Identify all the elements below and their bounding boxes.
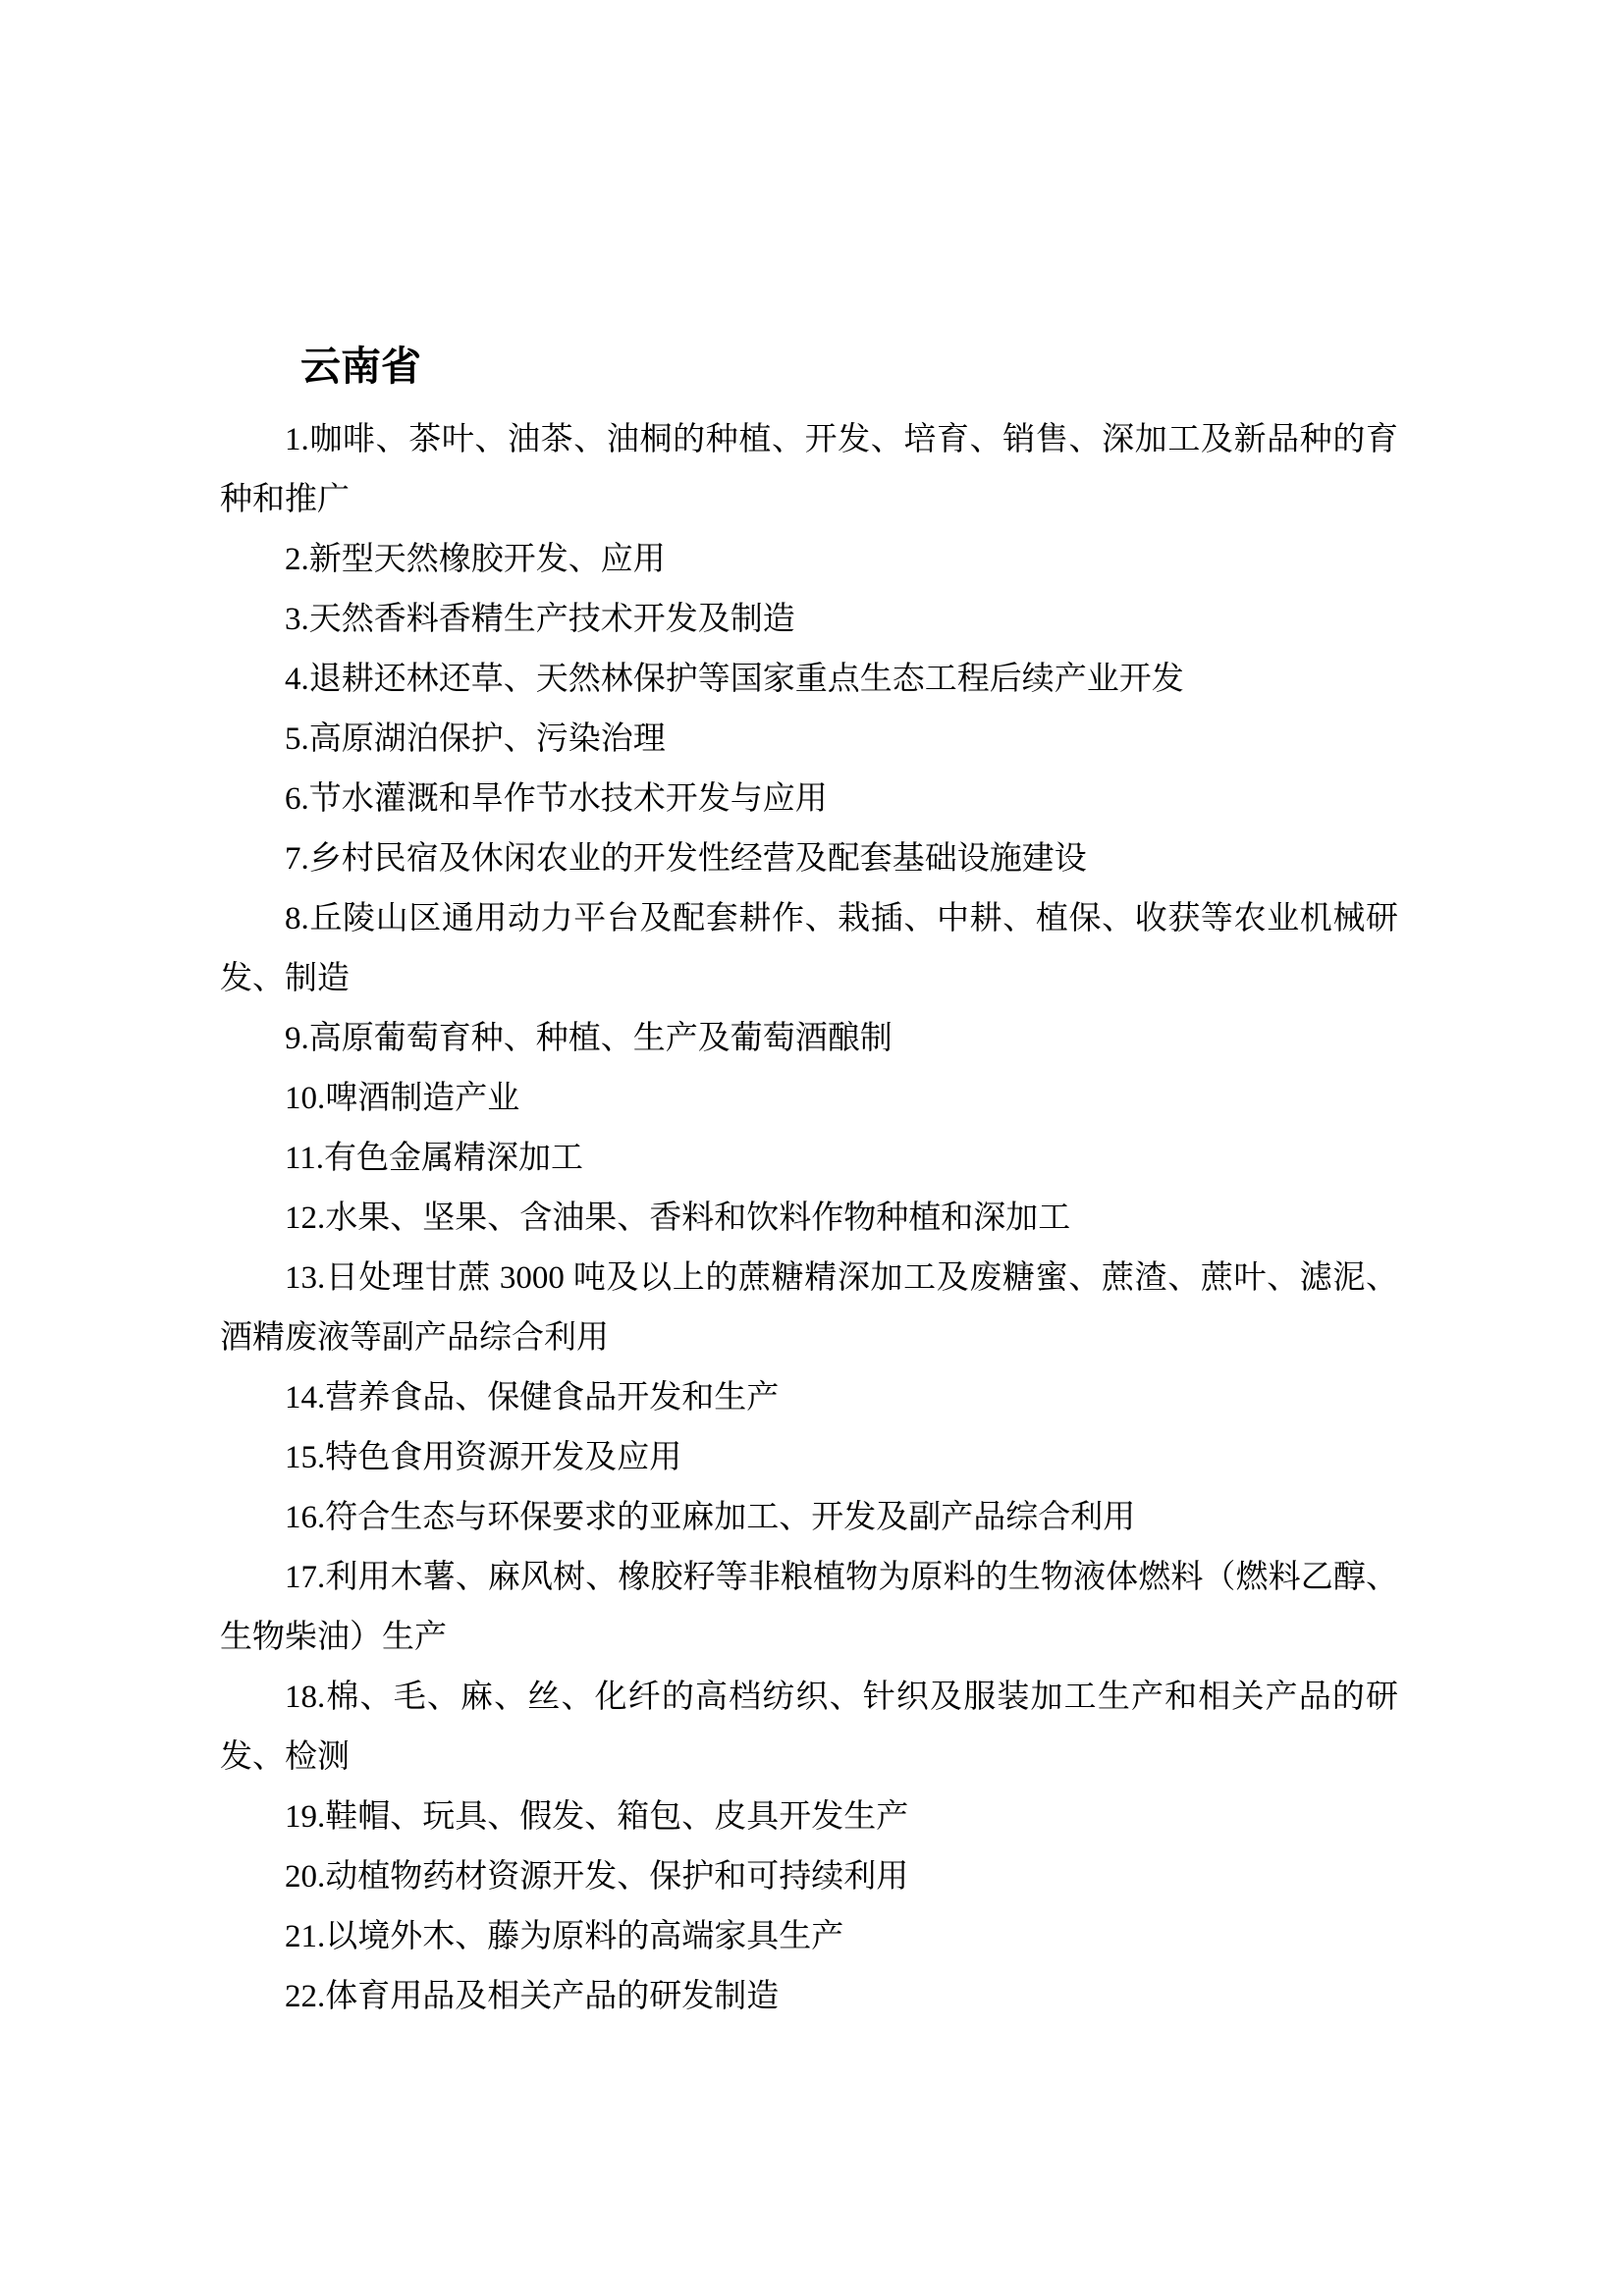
- list-item: 16.符合生态与环保要求的亚麻加工、开发及副产品综合利用: [220, 1488, 1398, 1548]
- list-item: 22.体育用品及相关产品的研发制造: [220, 1967, 1398, 2027]
- list-item: 3.天然香料香精生产技术开发及制造: [220, 590, 1398, 650]
- list-item: 20.动植物药材资源开发、保护和可持续利用: [220, 1847, 1398, 1907]
- list-item: 11.有色金属精深加工: [220, 1129, 1398, 1189]
- list-item: 19.鞋帽、玩具、假发、箱包、皮具开发生产: [220, 1788, 1398, 1847]
- list-item: 14.营养食品、保健食品开发和生产: [220, 1368, 1398, 1428]
- list-item: 21.以境外木、藤为原料的高端家具生产: [220, 1907, 1398, 1967]
- list-item: 15.特色食用资源开发及应用: [220, 1428, 1398, 1488]
- document-content: 云南省 1.咖啡、茶叶、油茶、油桐的种植、开发、培育、销售、深加工及新品种的育种…: [220, 337, 1398, 2027]
- list-item: 12.水果、坚果、含油果、香料和饮料作物种植和深加工: [220, 1189, 1398, 1249]
- section-heading: 云南省: [220, 337, 1398, 397]
- items-list: 1.咖啡、茶叶、油茶、油桐的种植、开发、培育、销售、深加工及新品种的育种和推广2…: [220, 410, 1398, 2027]
- document-page: 云南省 1.咖啡、茶叶、油茶、油桐的种植、开发、培育、销售、深加工及新品种的育种…: [0, 0, 1624, 2296]
- list-item: 4.退耕还林还草、天然林保护等国家重点生态工程后续产业开发: [220, 650, 1398, 710]
- list-item: 9.高原葡萄育种、种植、生产及葡萄酒酿制: [220, 1009, 1398, 1069]
- list-item: 2.新型天然橡胶开发、应用: [220, 530, 1398, 590]
- list-item: 7.乡村民宿及休闲农业的开发性经营及配套基础设施建设: [220, 829, 1398, 889]
- list-item: 17.利用木薯、麻风树、橡胶籽等非粮植物为原料的生物液体燃料（燃料乙醇、生物柴油…: [220, 1548, 1398, 1668]
- list-item: 13.日处理甘蔗 3000 吨及以上的蔗糖精深加工及废糖蜜、蔗渣、蔗叶、滤泥、酒…: [220, 1249, 1398, 1368]
- list-item: 1.咖啡、茶叶、油茶、油桐的种植、开发、培育、销售、深加工及新品种的育种和推广: [220, 410, 1398, 530]
- list-item: 18.棉、毛、麻、丝、化纤的高档纺织、针织及服装加工生产和相关产品的研发、检测: [220, 1668, 1398, 1788]
- list-item: 10.啤酒制造产业: [220, 1069, 1398, 1129]
- list-item: 6.节水灌溉和旱作节水技术开发与应用: [220, 770, 1398, 829]
- list-item: 5.高原湖泊保护、污染治理: [220, 710, 1398, 770]
- list-item: 8.丘陵山区通用动力平台及配套耕作、栽插、中耕、植保、收获等农业机械研发、制造: [220, 889, 1398, 1009]
